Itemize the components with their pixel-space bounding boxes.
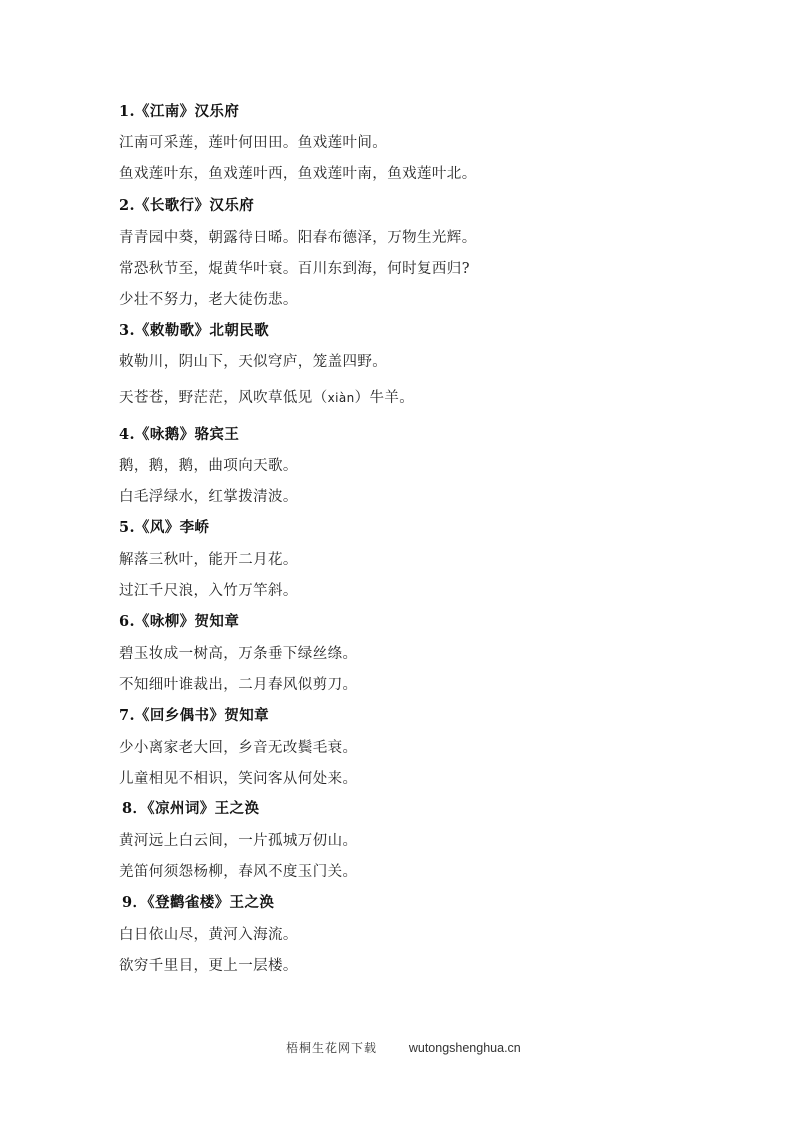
poem-line: 常恐秋节至，焜黄华叶衰。百川东到海，何时复西归? <box>119 259 470 279</box>
document-page: 1.《江南》汉乐府 江南可采莲，莲叶何田田。鱼戏莲叶间。 鱼戏莲叶东，鱼戏莲叶西… <box>0 0 793 1122</box>
poem-line: 碧玉妆成一树高，万条垂下绿丝绦。 <box>119 644 357 664</box>
poem-line-text: 天苍苍，野茫茫，风吹草低见（ <box>119 390 328 406</box>
poem-line: 鹅，鹅，鹅，曲项向天歌。 <box>119 456 298 476</box>
poem-line: 不知细叶谁裁出，二月春风似剪刀。 <box>119 675 357 695</box>
poem-line: 黄河远上白云间，一片孤城万仞山。 <box>119 831 357 851</box>
poem-line: 敕勒川，阴山下，天似穹庐，笼盖四野。 <box>119 352 387 372</box>
page-footer: 梧桐生花网下载 wutongshenghua.cn <box>286 1039 521 1057</box>
poem-line: 天苍苍，野茫茫，风吹草低见（xiàn）牛羊。 <box>119 388 414 408</box>
poem-line: 羌笛何须怨杨柳，春风不度玉门关。 <box>119 862 357 882</box>
poem-heading-1: 1.《江南》汉乐府 <box>119 102 239 122</box>
poem-heading-5: 5.《风》李峤 <box>119 518 209 538</box>
poem-heading-4: 4.《咏鹅》骆宾王 <box>119 425 239 445</box>
poem-line: 欲穷千里目，更上一层楼。 <box>119 956 298 976</box>
footer-site-url: wutongshenghua.cn <box>409 1041 521 1055</box>
poem-line: 青青园中葵，朝露待日晞。阳春布德泽，万物生光辉。 <box>119 228 477 248</box>
poem-line: 江南可采莲，莲叶何田田。鱼戏莲叶间。 <box>119 133 387 153</box>
poem-line: 鱼戏莲叶东，鱼戏莲叶西，鱼戏莲叶南，鱼戏莲叶北。 <box>119 164 477 184</box>
pinyin-annotation: xiàn <box>328 391 355 405</box>
poem-line: 少壮不努力，老大徒伤悲。 <box>119 290 298 310</box>
poem-line: 白毛浮绿水，红掌拨清波。 <box>119 487 298 507</box>
poem-heading-2: 2.《长歌行》汉乐府 <box>119 196 254 216</box>
poem-line: 儿童相见不相识，笑问客从何处来。 <box>119 769 357 789</box>
poem-heading-8: 8．《凉州词》王之涣 <box>122 799 259 819</box>
poem-heading-3: 3.《敕勒歌》北朝民歌 <box>119 321 269 341</box>
footer-site-name: 梧桐生花网下载 <box>286 1041 377 1055</box>
poem-line-text: ）牛羊。 <box>355 390 415 406</box>
poem-line: 少小离家老大回，乡音无改鬓毛衰。 <box>119 738 357 758</box>
poem-line: 白日依山尽，黄河入海流。 <box>119 925 298 945</box>
poem-heading-9: 9．《登鹳雀楼》王之涣 <box>122 893 274 913</box>
poem-line: 解落三秋叶，能开二月花。 <box>119 550 298 570</box>
poem-line: 过江千尺浪，入竹万竿斜。 <box>119 581 298 601</box>
poem-heading-6: 6.《咏柳》贺知章 <box>119 612 239 632</box>
poem-heading-7: 7.《回乡偶书》贺知章 <box>119 706 269 726</box>
